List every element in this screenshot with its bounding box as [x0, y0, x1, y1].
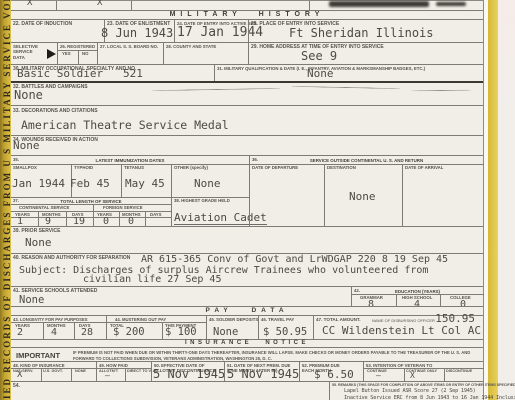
field-33-decorations: 33. DECORATIONS AND CITATIONS American T…: [11, 106, 483, 135]
divider: [71, 368, 72, 381]
field-49-how-paid: 49. HOW PAID ALLOTM'T DIRECT TO V. A. —: [96, 362, 151, 381]
field-label: 26. REGISTERED: [58, 43, 97, 49]
field-40-reason: 40. REASON AND AUTHORITY FOR SEPARATION …: [11, 254, 483, 286]
field-value: $ 6.50: [314, 368, 354, 381]
field-label: 45. SOLDIER DEPOSITS: [207, 316, 258, 322]
immunization-block: 35. LATEST IMMUNIZATION DATES SMALLPOX J…: [11, 156, 249, 227]
ink-smudge: [436, 2, 466, 6]
immunization-columns: SMALLPOX Jan 1944 TYPHOID Feb 45 TETANUS…: [11, 164, 249, 197]
divider: [125, 368, 126, 381]
ink-smudge: [329, 1, 429, 7]
field-47-total-amount: 47. TOTAL AMOUNT. NAME OF DISBURSING OFF…: [313, 316, 483, 339]
field-31-qualification: 31. MILITARY QUALIFICATION & DATE (I. E.…: [214, 65, 483, 81]
field-37-header: 37. TOTAL LENGTH OF SERVICE: [11, 197, 171, 204]
none-label: NONE: [75, 369, 86, 373]
column-label: DATE OF DEPARTURE: [250, 164, 324, 170]
foreign-service-label: FOREIGN SERVICE: [103, 205, 143, 210]
service-type-headers: CONTINENTAL SERVICE FOREIGN SERVICE: [11, 204, 171, 211]
field-label: 47. TOTAL AMOUNT.: [316, 317, 361, 322]
field-label: 28. COUNTY AND STATE: [164, 43, 248, 49]
field-26-registered: 26. REGISTERED YES NO: [57, 43, 97, 64]
field-53-intention: 53. INTENTION OF VETERAN TO CONTINUE CON…: [363, 362, 483, 381]
divider: [43, 322, 44, 339]
field-value-line1: AR 615-365 Conv of Govt and LrWDGAP 220 …: [141, 254, 448, 265]
discontinue-label: DISCONTINUE: [446, 369, 472, 373]
row-insurance-detail: 48. KIND OF INSURANCE NAT. SERV. U.S. GO…: [11, 361, 483, 381]
field-52-premium-due: 52. PREMIUM DUE EACH MONTH $ 6.50: [299, 362, 363, 381]
check-mark: X: [97, 0, 102, 8]
field-label: 27. LOCAL S. S. BOARD NO.: [98, 43, 163, 49]
field-51-next-premium-due: 51. DATE OF NEXT PREM. DUE (ONE MONTH AF…: [224, 362, 299, 381]
column-value: None: [194, 177, 221, 190]
immunization-other: OTHER (specify) None: [171, 164, 249, 197]
field-25-place-of-entry: 25. PLACE OF ENTRY INTO SERVICE Ft Sheri…: [248, 20, 483, 42]
field-30-mos: 30. MILITARY OCCUPATIONAL SPECIALTY AND …: [11, 65, 214, 81]
divider: [444, 368, 445, 381]
row-prior-service: 39. PRIOR SERVICE None: [11, 226, 483, 253]
column-value: Feb 45: [70, 177, 110, 190]
page-margin-right: [498, 0, 515, 400]
field-41-service-schools: 41. SERVICE SCHOOLS ATTENDED None: [11, 287, 351, 306]
immunization-smallpox: SMALLPOX Jan 1944: [11, 164, 71, 197]
selective-service-data-cell: SELECTIVE SERVICE DATA: [11, 43, 57, 64]
field-value: None: [13, 139, 40, 152]
field-number: 42.: [354, 288, 360, 293]
top-partial-row: X X: [11, 1, 483, 10]
row-mos-qualification: 30. MILITARY OCCUPATIONAL SPECIALTY AND …: [11, 64, 483, 81]
date-of-arrival: DATE OF ARRIVAL: [402, 164, 484, 226]
check-mark: X: [27, 0, 32, 8]
field-label: 38. HIGHEST GRADE HELD: [172, 197, 249, 203]
divider: [440, 294, 441, 306]
field-42-education: 42. EDUCATION (YEARS) GRAMMAR HIGH SCHOO…: [351, 287, 483, 306]
field-value: See 9: [301, 49, 337, 63]
payment-value: $ 100: [165, 326, 197, 338]
service-outside-columns: DATE OF DEPARTURE DESTINATION None DATE …: [250, 164, 484, 226]
mos-number: 521: [123, 67, 143, 80]
column-value: Jan 1944: [12, 177, 65, 190]
field-value-line3: civilian life 27 Sep 45: [83, 274, 221, 285]
column-value: None: [349, 190, 376, 203]
field-title: SERVICE OUTSIDE CONTINENTAL U. S. AND RE…: [250, 156, 483, 163]
field-value: None: [19, 294, 44, 306]
row-decorations: 33. DECORATIONS AND CITATIONS American T…: [11, 105, 483, 135]
longevity-years: 2: [17, 327, 23, 338]
row-reason-separation: 40. REASON AND AUTHORITY FOR SEPARATION …: [11, 253, 483, 286]
section-header-insurance-notice: INSURANCE NOTICE: [11, 339, 483, 347]
field-label: 31. MILITARY QUALIFICATION & DATE (I. E.…: [215, 65, 483, 71]
field-title: EDUCATION (YEARS): [352, 287, 483, 294]
field-value: 5 Nov 1945: [227, 367, 299, 381]
field-27-local-board: 27. LOCAL S. S. BOARD NO.: [97, 43, 163, 64]
field-50-effective-date: 50. EFFECTIVE DATE OF ALLOTM'T DISCONTIN…: [151, 362, 224, 381]
row-important-notice: IMPORTANT IF PREMIUM IS NOT PAID WHEN DU…: [11, 347, 483, 361]
field-sublabel: NAME OF DISBURSING OFFICER: [372, 318, 435, 323]
column-label: SMALLPOX: [11, 164, 71, 170]
divider: [404, 368, 405, 381]
field-number: 37.: [13, 198, 19, 203]
field-value: None: [213, 326, 238, 338]
field-value: None: [307, 67, 334, 80]
row-wounds: 34. WOUNDS RECEIVED IN ACTION None: [11, 135, 483, 155]
column-label: DESTINATION: [325, 164, 402, 170]
row-schools-education: 41. SERVICE SCHOOLS ATTENDED None 42. ED…: [11, 286, 483, 306]
immunization-tetanus: TETANUS May 45: [121, 164, 171, 197]
field-28-county-state: 28. COUNTY AND STATE: [163, 43, 248, 64]
nat-serv-check: X: [17, 370, 22, 380]
field-label: 22. DATE OF INDUCTION: [11, 20, 104, 27]
scanned-discharge-document: MFIED RECORDS OF DISCHARGES FROM U S MIL…: [0, 0, 515, 400]
field-46-travel-pay: 46. TRAVEL PAY $ 50.95: [258, 316, 313, 339]
allotment-value: —: [105, 371, 110, 380]
column-label: DATE OF ARRIVAL: [403, 164, 484, 170]
field-label: 33. DECORATIONS AND CITATIONS: [11, 106, 483, 114]
days-header: DAYS: [150, 212, 162, 217]
field-24-date-entry-active-service: 24. DATE OF ENTRY INTO ACTIVE SER. 17 Ja…: [174, 20, 248, 42]
divider: [56, 1, 57, 10]
us-govt-label: U.S. GOVT.: [43, 369, 63, 373]
arrow-right-icon: [47, 49, 56, 59]
field-29-home-address: 29. HOME ADDRESS AT TIME OF ENTRY INTO S…: [248, 43, 483, 64]
column-label: TETANUS: [122, 164, 171, 170]
field-44-mustering-out-pay: 44. MUSTERING OUT PAY TOTAL THIS PAYMENT…: [106, 316, 206, 339]
field-number: 35.: [13, 157, 19, 162]
date-of-departure: DATE OF DEPARTURE: [250, 164, 324, 226]
remarks-line1: Lapel Button Issued ASR Score 27 (2 Sep …: [344, 388, 476, 394]
field-value: None: [25, 236, 52, 249]
column-label: OTHER (specify): [172, 164, 249, 170]
divider: [78, 50, 79, 64]
field-55-remarks: 55. REMARKS (THIS SPACE FOR COMPLETION O…: [329, 382, 483, 400]
divider: [41, 368, 42, 381]
education-columns: GRAMMAR HIGH SCHOOL COLLEGE 8 4 0: [352, 294, 484, 306]
field-label: 34. WOUNDS RECEIVED IN ACTION: [11, 136, 483, 143]
divider: [396, 294, 397, 306]
important-label: IMPORTANT: [16, 351, 60, 360]
continue-only-value: X: [410, 371, 415, 380]
row-immunization-service: 35. LATEST IMMUNIZATION DATES SMALLPOX J…: [11, 155, 483, 226]
field-value-line2: Subject: Discharges of surplus Aircrew T…: [19, 265, 428, 276]
row-remarks: 54. 55. REMARKS (THIS SPACE FOR COMPLETI…: [11, 381, 483, 400]
field-label: SELECTIVE SERVICE DATA: [11, 43, 39, 60]
field-value: 5 Nov 1945: [153, 367, 225, 381]
immunization-typhoid: TYPHOID Feb 45: [71, 164, 121, 197]
field-35-header: 35. LATEST IMMUNIZATION DATES: [11, 156, 249, 164]
field-value: American Theatre Service Medal: [21, 118, 229, 132]
row-selective-service: SELECTIVE SERVICE DATA 26. REGISTERED YE…: [11, 42, 483, 64]
divider: [74, 322, 75, 339]
remarks-line2: Inactive Service ERC from 8 Jun 1943 to …: [344, 395, 515, 400]
divider: [58, 50, 98, 51]
field-43-longevity: 43. LONGEVITY FOR PAY PURPOSES YEARS MON…: [11, 316, 106, 339]
continental-service-label: CONTINENTAL SERVICE: [19, 205, 69, 210]
row-battles-campaigns: 32. BATTLES AND CAMPAIGNS None: [11, 81, 483, 105]
divider: [309, 1, 310, 10]
divider: [93, 204, 94, 211]
field-45-soldier-deposits: 45. SOLDIER DEPOSITS None: [206, 316, 258, 339]
binding-strip-right: [488, 0, 498, 400]
continue-value: —: [376, 371, 381, 380]
field-48-kind-of-insurance: 48. KIND OF INSURANCE NAT. SERV. U.S. GO…: [11, 362, 96, 381]
row-induction-enlistment: 22. DATE OF INDUCTION 23. DATE OF ENLIST…: [11, 19, 483, 42]
field-36-service-outside: 36. SERVICE OUTSIDE CONTINENTAL U. S. AN…: [249, 156, 483, 226]
row-pay-data: 43. LONGEVITY FOR PAY PURPOSES YEARS MON…: [11, 315, 483, 339]
total-value: $ 200: [113, 326, 145, 338]
longevity-months: 4: [51, 327, 57, 338]
field-value: None: [14, 88, 43, 102]
field-22-date-of-induction: 22. DATE OF INDUCTION: [11, 20, 104, 42]
column-value: May 45: [125, 177, 165, 190]
field-value: Basic Soldier: [17, 67, 103, 80]
important-notice: IMPORTANT IF PREMIUM IS NOT PAID WHEN DU…: [11, 348, 483, 361]
field-title: LATEST IMMUNIZATION DATES: [11, 156, 249, 163]
field-32-battles: 32. BATTLES AND CAMPAIGNS None: [11, 83, 483, 105]
field-38-highest-grade: 38. HIGHEST GRADE HELD Aviation Cadet: [171, 197, 249, 227]
field-label: 55. REMARKS (THIS SPACE FOR COMPLETION O…: [332, 383, 515, 387]
yes-option: YES: [62, 51, 71, 56]
divider: [131, 1, 132, 10]
strike-mark: [411, 90, 471, 92]
disbursing-officer: CC Wildenstein Lt Col AC: [322, 324, 481, 337]
field-number: 36.: [252, 157, 258, 162]
important-text: IF PREMIUM IS NOT PAID WHEN DUE OR WITHI…: [73, 350, 479, 362]
no-option: NO: [82, 51, 88, 56]
longevity-days: 28: [81, 327, 93, 338]
field-54-signature: 54.: [11, 382, 329, 400]
field-value: Ft Sheridan Illinois: [289, 26, 434, 40]
section-header-military-history: MILITARY HISTORY: [11, 10, 483, 19]
field-value: 8 Jun 1943: [101, 26, 173, 40]
field-label: 29. HOME ADDRESS AT TIME OF ENTRY INTO S…: [249, 43, 483, 50]
field-value: $ 50.95: [263, 326, 307, 338]
field-34-wounds: 34. WOUNDS RECEIVED IN ACTION None: [11, 136, 483, 155]
field-label: 39. PRIOR SERVICE: [11, 227, 483, 234]
section-header-pay-data: PAY DATA: [11, 306, 483, 315]
field-label: 46. TRAVEL PAY: [259, 316, 313, 322]
divider: [162, 322, 163, 339]
field-label: 41. SERVICE SCHOOLS ATTENDED: [11, 287, 351, 294]
military-form: X X MILITARY HISTORY 22. DATE OF INDUCTI…: [11, 0, 483, 400]
field-23-date-of-enlistment: 23. DATE OF ENLISTMENT 8 Jun 1943: [104, 20, 174, 42]
column-label: TYPHOID: [72, 164, 121, 170]
destination: DESTINATION None: [324, 164, 402, 226]
field-label: 54.: [11, 382, 329, 389]
field-title: TOTAL LENGTH OF SERVICE: [11, 197, 171, 204]
field-39-prior-service: 39. PRIOR SERVICE None: [11, 227, 483, 253]
